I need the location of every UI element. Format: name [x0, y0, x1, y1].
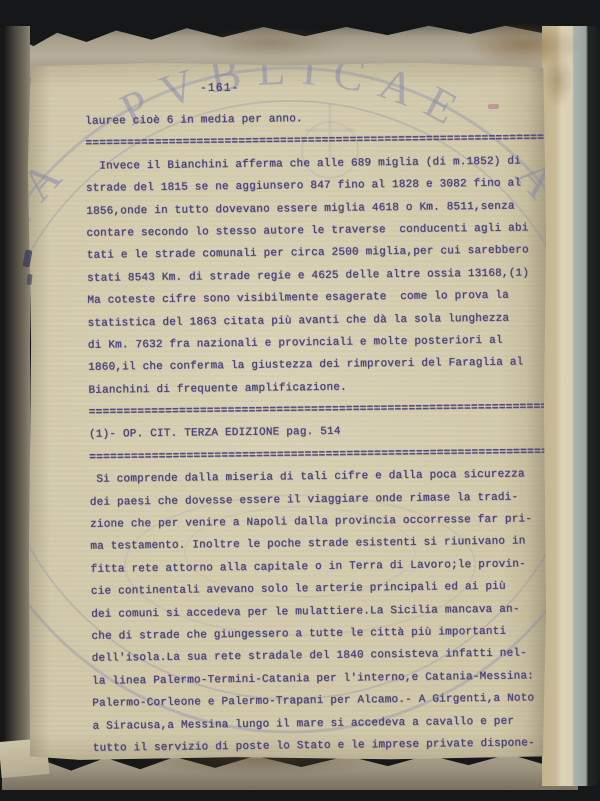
page-stack-right-edge — [542, 26, 600, 786]
typewritten-page: PERITA PVBLICAE AVGEN -161- lauree cioè … — [28, 62, 546, 762]
paragraph-2: Si comprende dalla miseria di tali cifre… — [89, 463, 546, 760]
typed-text-block: lauree cioè 6 in media per anno. =======… — [85, 105, 546, 760]
page-number: -161- — [200, 82, 240, 96]
paragraph-line: tutto il servizio di poste lo Stato e le… — [93, 732, 546, 760]
scanned-book-photograph: PERITA PVBLICAE AVGEN -161- lauree cioè … — [0, 0, 600, 801]
book-binding-gutter — [4, 26, 30, 764]
paragraph-1: Invece il Bianchini afferma che alle 689… — [86, 150, 546, 402]
